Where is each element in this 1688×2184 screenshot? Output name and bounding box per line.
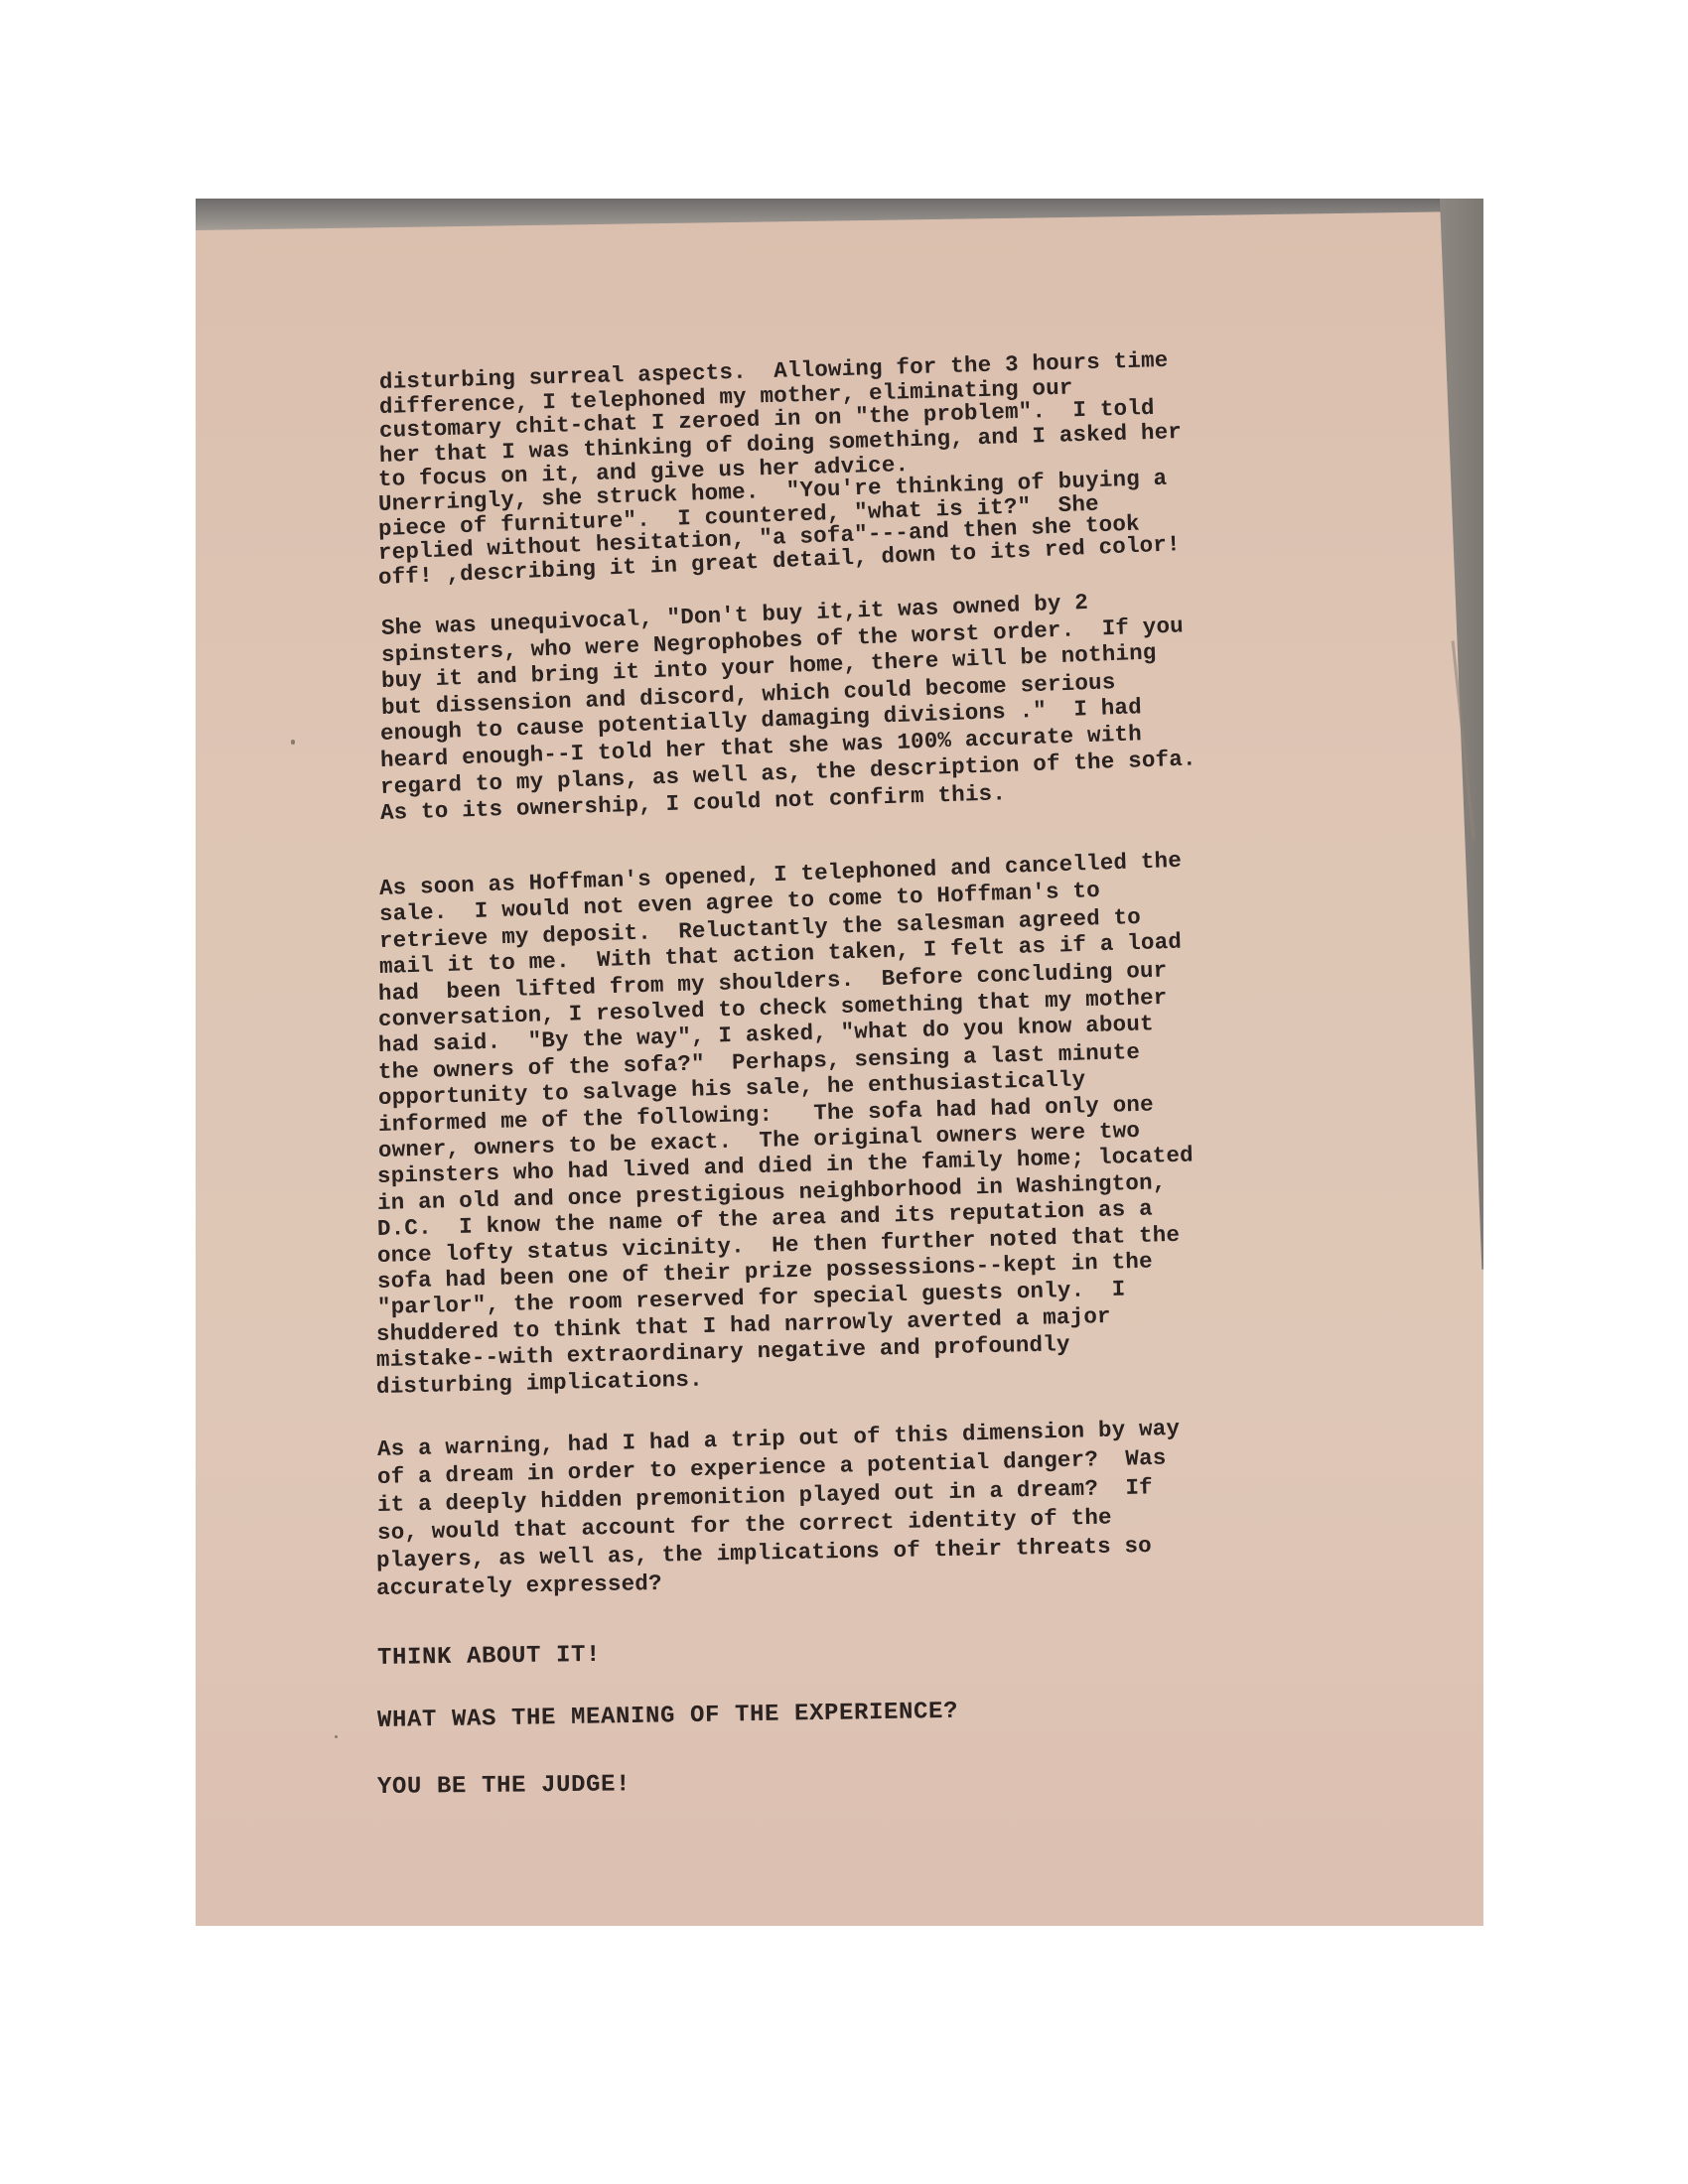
closing-heading: THINK ABOUT IT!	[377, 1643, 601, 1672]
paper-speck	[335, 1735, 338, 1738]
paper-speck	[291, 740, 295, 745]
text-line: accurately expressed?	[376, 1570, 662, 1601]
closing-heading: YOU BE THE JUDGE!	[377, 1772, 631, 1801]
